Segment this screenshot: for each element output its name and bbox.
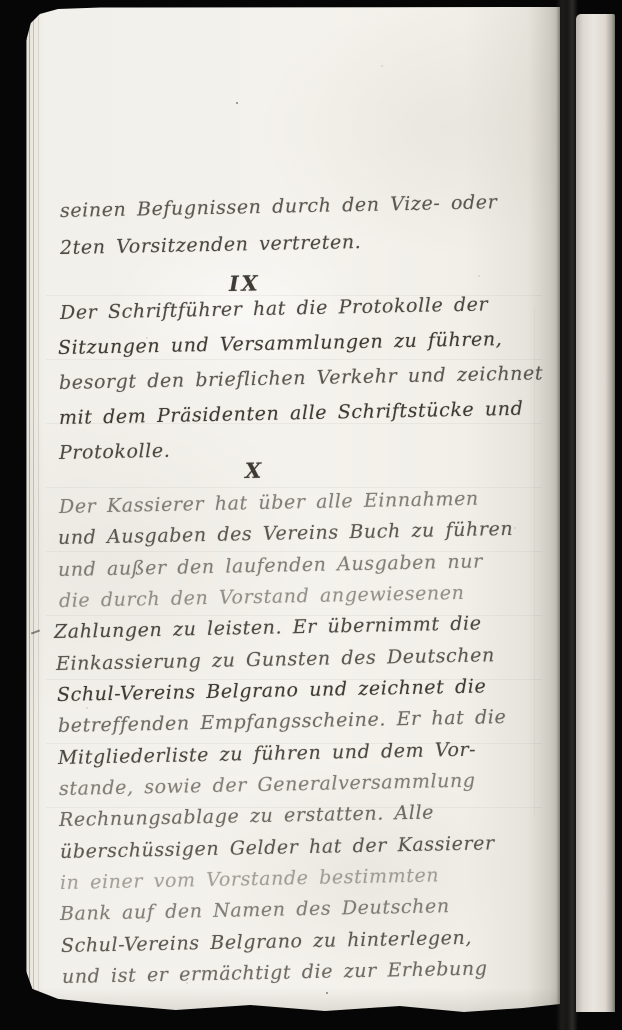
section-heading-x: X xyxy=(245,458,264,484)
page-gutter-shadow xyxy=(556,0,578,1030)
handwritten-line: seinen Befugnissen durch den Vize- oder xyxy=(60,189,498,224)
handwritten-line: und ist er ermächtigt die zur Erhebung xyxy=(62,955,488,990)
section-heading-ix: IX xyxy=(229,270,261,297)
handwritten-line: Protokolle. xyxy=(59,438,171,466)
handwritten-line: überschüssigen Gelder hat der Kassierer xyxy=(60,830,495,865)
handwritten-line: in einer vom Vorstande bestimmten xyxy=(60,862,440,896)
handwritten-line: 2ten Vorsitzenden vertreten. xyxy=(60,229,362,261)
handwritten-line: Bank auf den Namen des Deutschen xyxy=(60,893,450,927)
adjacent-page-edge xyxy=(576,14,615,1012)
scan-background: seinen Befugnissen durch den Vize- oder … xyxy=(0,0,622,1030)
handwritten-line: Schul-Vereins Belgrano zu hinterlegen, xyxy=(61,925,473,959)
page-stack-edges xyxy=(26,17,42,1007)
manuscript-page: seinen Befugnissen durch den Vize- oder … xyxy=(26,7,560,1013)
dust-specks xyxy=(26,7,28,9)
